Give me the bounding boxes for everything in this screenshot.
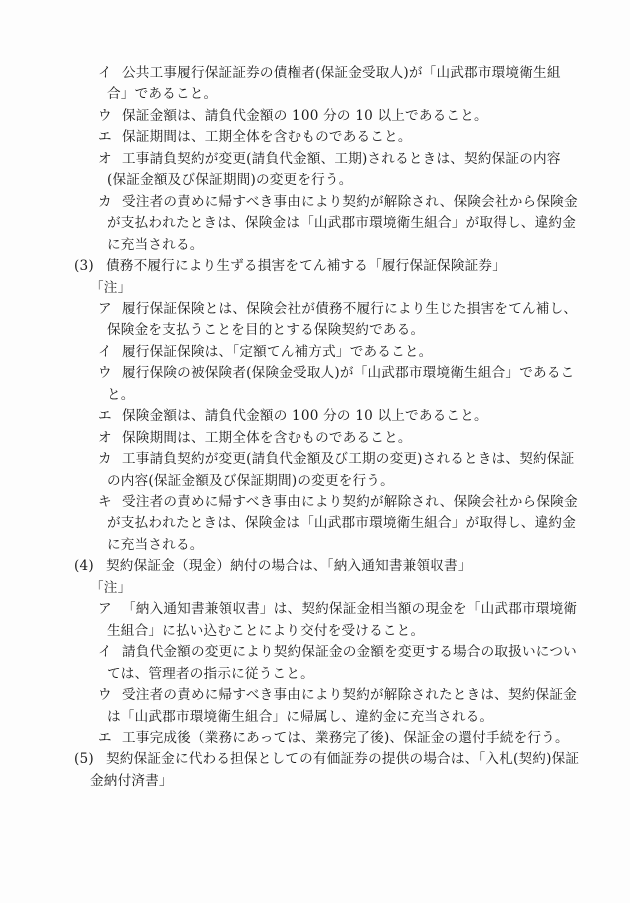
item-text: 保証金額は、請負代金額の 100 分の 10 以上であること。 — [122, 107, 488, 125]
item-marker: イ — [98, 64, 112, 82]
item-text: 履行保証保険とは、保険会社が債務不履行により生じた損害をてん補し、 — [122, 300, 577, 318]
item-text: 保険期間は、工期全体を含むものであること。 — [122, 429, 412, 447]
item-text: と。 — [107, 386, 135, 404]
item-text: が支払われたときは、保険金は「山武郡市環境衛生組合」が取得し、違約金 — [107, 514, 576, 532]
section-number: (5) — [74, 750, 94, 768]
note-label: 「注」 — [90, 579, 131, 597]
item-text: 保証期間は、工期全体を含むものであること。 — [122, 128, 412, 146]
item-text: 履行保険の被保険者(保険金受取人)が「山武郡市環境衛生組合」であるこ — [122, 364, 574, 382]
section-heading-text: 債務不履行により生ずる損害をてん補する「履行保証保険証券」 — [106, 257, 506, 275]
item-text: 工事請負契約が変更(請負代金額、工期)されるときは、契約保証の内容 — [122, 150, 561, 168]
item-text: 保険金を支払うことを目的とする保険契約である。 — [107, 321, 424, 339]
item-text: が支払われたときは、保険金は「山武郡市環境衛生組合」が取得し、違約金 — [107, 214, 576, 232]
item-text: 工事完成後（業務にあっては、業務完了後)、保証金の還付手続を行う。 — [122, 729, 569, 747]
section-number: (3) — [74, 257, 94, 275]
item-marker: エ — [98, 128, 112, 146]
item-marker: オ — [98, 150, 112, 168]
item-marker: エ — [98, 407, 112, 425]
item-text: 受注者の責めに帰すべき事由により契約が解除され、保険会社から保険金 — [122, 493, 578, 511]
item-marker: カ — [98, 450, 112, 468]
item-text: の内容(保証金額及び保証期間)の変更を行う。 — [107, 472, 394, 490]
item-marker: ウ — [98, 364, 112, 382]
item-marker: エ — [98, 729, 112, 747]
item-text: 請負代金額の変更により契約保証金の金額を変更する場合の取扱いについ — [122, 643, 577, 661]
item-text: 履行保証保険は、「定額てん補方式」であること。 — [122, 343, 432, 361]
section-heading-text: 契約保証金（現金）納付の場合は、「納入通知書兼領収書」 — [106, 557, 472, 575]
item-text: 合」であること。 — [107, 85, 217, 103]
item-text: 生組合」に払い込むことにより交付を受けること。 — [107, 622, 424, 640]
item-marker: オ — [98, 429, 112, 447]
item-text: ては、管理者の指示に従うこと。 — [107, 665, 314, 683]
item-text: 受注者の責めに帰すべき事由により契約が解除されたときは、契約保証金 — [122, 686, 577, 704]
item-marker: イ — [98, 643, 112, 661]
item-text: に充当される。 — [107, 536, 204, 554]
section-number: (4) — [74, 557, 94, 575]
document-page: イ公共工事履行保証証券の債権者(保証金受取人)が「山武郡市環境衛生組合」であるこ… — [0, 0, 630, 903]
item-text: に充当される。 — [107, 236, 204, 254]
item-marker: ア — [98, 600, 112, 618]
item-marker: カ — [98, 193, 112, 211]
item-text: (保証金額及び保証期間)の変更を行う。 — [107, 171, 353, 189]
item-text: 保険金額は、請負代金額の 100 分の 10 以上であること。 — [122, 407, 488, 425]
section-heading-text: 契約保証金に代わる担保としての有価証券の提供の場合は、「入札(契約)保証 — [106, 750, 579, 768]
item-text: は「山武郡市環境衛生組合」に帰属し、違約金に充当される。 — [107, 708, 493, 726]
item-marker: ウ — [98, 686, 112, 704]
note-label: 「注」 — [90, 279, 131, 297]
item-text: 工事請負契約が変更(請負代金額及び工期の変更)されるときは、契約保証 — [122, 450, 574, 468]
item-marker: ア — [98, 300, 112, 318]
item-text: 公共工事履行保証証券の債権者(保証金受取人)が「山武郡市環境衛生組 — [122, 64, 561, 82]
item-marker: ウ — [98, 107, 112, 125]
section-heading-text: 金納付済書」 — [90, 772, 173, 790]
item-text: 「納入通知書兼領収書」は、契約保証金相当額の現金を「山武郡市環境衛 — [122, 600, 577, 618]
item-marker: キ — [98, 493, 112, 511]
item-marker: イ — [98, 343, 112, 361]
item-text: 受注者の責めに帰すべき事由により契約が解除され、保険会社から保険金 — [122, 193, 578, 211]
